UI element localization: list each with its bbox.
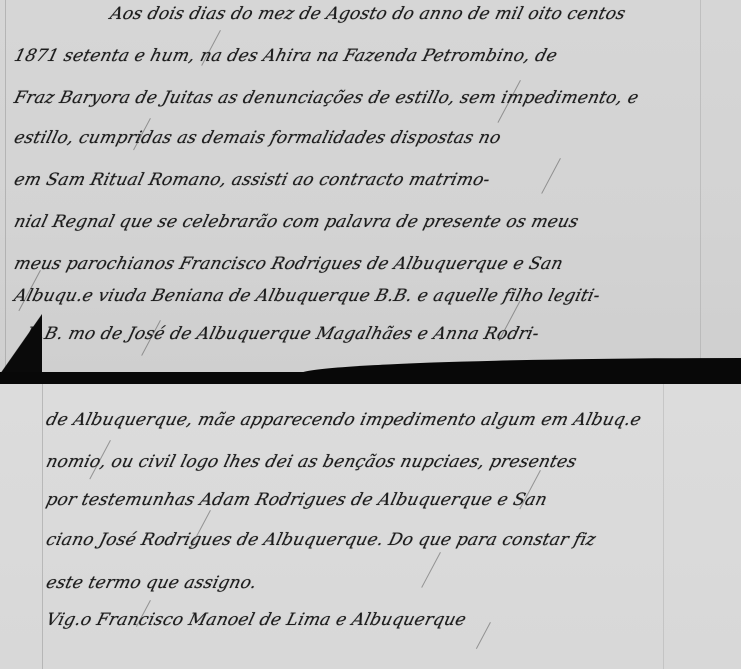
record-line-2: 1871 setenta e hum, na des Ahira na Faze… [12, 46, 559, 66]
scanned-document-page: Aos dois dias do mez de Agosto do anno d… [0, 0, 741, 669]
record-line-4: estillo, cumpridas as demais formalidade… [12, 128, 503, 148]
record-line-10: de Albuquerque, mãe apparecendo impedime… [44, 410, 643, 430]
page-separator-band [0, 372, 741, 384]
record-line-7: meus parochianos Francisco Rodrigues de … [12, 254, 565, 274]
record-line-6: nial Regnal que se celebrarão com palavr… [12, 212, 581, 232]
record-line-3: Fraz Baryora de Juitas as denunciações d… [12, 88, 641, 108]
record-line-14: este termo que assigno. [44, 573, 259, 593]
record-line-1: Aos dois dias do mez de Agosto do anno d… [108, 4, 628, 24]
right-margin-rule [700, 0, 701, 372]
left-margin-rule [42, 384, 43, 669]
priest-signature: Vig.o Francisco Manoel de Lima e Albuque… [44, 610, 468, 630]
record-line-12: por testemunhas Adam Rodrigues de Albuqu… [44, 490, 549, 510]
record-line-11: nomio, ou civil logo lhes dei as bençãos… [44, 452, 579, 472]
record-line-9: B.B. mo de José de Albuquerque Magalhães… [24, 324, 541, 344]
record-line-8: Albuqu.e viuda Beniana de Albuquerque B.… [12, 286, 602, 306]
record-line-13: ciano José Rodrigues de Albuquerque. Do … [44, 530, 598, 550]
record-line-5: em Sam Ritual Romano, assisti ao contrac… [12, 170, 492, 190]
right-margin-rule [663, 384, 664, 669]
